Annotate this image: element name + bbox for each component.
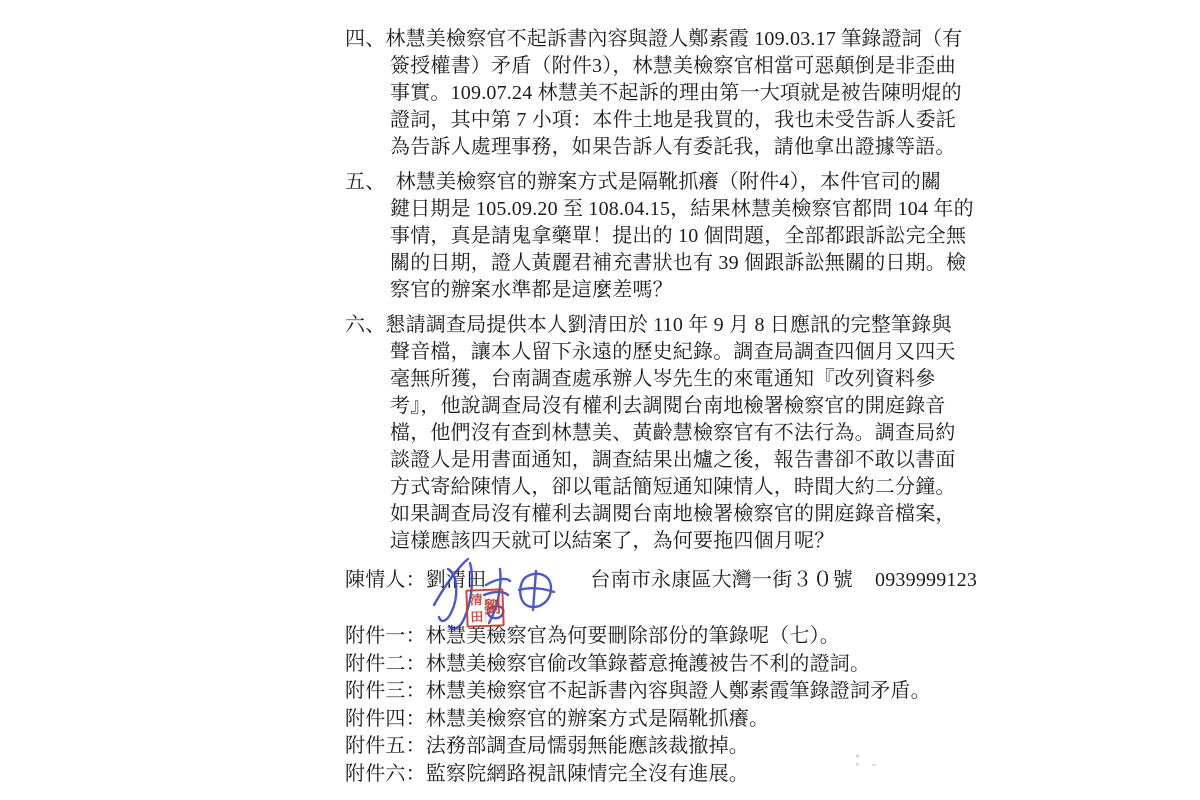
section-paragraph-four: 四、林慧美檢察官不起訴書內容與證人鄭素霞 109.03.17 筆錄證詞（有 簽授… — [345, 26, 893, 161]
text-line: 察官的辦案水準都是這麼差嗎？ — [390, 277, 893, 304]
petitioner-phone: 0939999123 — [875, 569, 977, 591]
text-line: 五、 林慧美檢察官的辦案方式是隔靴抓癢（附件4），本件官司的關 — [345, 169, 893, 196]
text-line: 聲音檔，讓本人留下永遠的歷史紀錄。調查局調查四個月又四天 — [390, 339, 893, 366]
text-line: 四、林慧美檢察官不起訴書內容與證人鄭素霞 109.03.17 筆錄證詞（有 — [345, 26, 893, 53]
attachment-item: 附件六：監察院網路視訊陳情完全沒有進展。 — [345, 761, 893, 789]
document-body: 四、林慧美檢察官不起訴書內容與證人鄭素霞 109.03.17 筆錄證詞（有 簽授… — [345, 26, 893, 788]
scan-artifact — [872, 764, 876, 766]
attachment-item: 附件一：林慧美檢察官為何要刪除部份的筆錄呢（七）。 — [345, 623, 893, 651]
section-paragraph-five: 五、 林慧美檢察官的辦案方式是隔靴抓癢（附件4），本件官司的關 鍵日期是 105… — [345, 169, 893, 304]
name-seal-stamp: 劉 清田 — [465, 588, 504, 627]
attachments-list: 附件一：林慧美檢察官為何要刪除部份的筆錄呢（七）。 附件二：林慧美檢察官偷改筆錄… — [345, 623, 893, 788]
scan-artifact — [856, 763, 859, 766]
text-line: 事實。109.07.24 林慧美不起訴的理由第一大項就是被告陳明焜的 — [390, 80, 893, 107]
scan-artifact — [856, 754, 859, 758]
seal-chars-left: 清田 — [468, 591, 484, 626]
petitioner-line: 陳情人：劉清田台南市永康區大灣一街３０號0939999123 — [345, 567, 893, 597]
text-line: 檔，他們沒有查到林慧美、黃齡慧檢察官有不法行為。調查局約 — [390, 420, 893, 447]
section-paragraph-six: 六、懇請調查局提供本人劉清田於 110 年 9 月 8 日應訊的完整筆錄與 聲音… — [345, 312, 893, 555]
attachment-item: 附件五：法務部調查局懦弱無能應該裁撤掉。 — [345, 733, 893, 761]
seal-char-top: 清 — [469, 592, 483, 607]
text-line: 為告訴人處理事務，如果告訴人有委託我，請他拿出證據等語。 — [390, 134, 893, 161]
text-line: 六、懇請調查局提供本人劉清田於 110 年 9 月 8 日應訊的完整筆錄與 — [345, 312, 893, 339]
attachment-item: 附件四：林慧美檢察官的辦案方式是隔靴抓癢。 — [345, 706, 893, 734]
text-line: 簽授權書）矛盾（附件3），林慧美檢察官相當可惡顛倒是非歪曲 — [390, 53, 893, 80]
text-line: 關的日期，證人黃麗君補充書狀也有 39 個跟訴訟無關的日期。檢 — [390, 250, 893, 277]
seal-char-bottom: 田 — [470, 609, 484, 624]
text-line: 事情，真是請鬼拿藥單！提出的 10 個問題，全部都跟訴訟完全無 — [390, 223, 893, 250]
text-line: 方式寄給陳情人，卻以電話簡短通知陳情人，時間大約二分鐘。 — [390, 474, 893, 501]
text-line: 如果調查局沒有權利去調閱台南地檢署檢察官的開庭錄音檔案， — [390, 501, 893, 528]
text-line: 考』，他說調查局沒有權利去調閱台南地檢署檢察官的開庭錄音 — [390, 393, 893, 420]
scanned-petition-page: 四、林慧美檢察官不起訴書內容與證人鄭素霞 109.03.17 筆錄證詞（有 簽授… — [0, 0, 1200, 800]
text-line: 談證人是用書面通知，調查結果出爐之後，報告書卻不敢以書面 — [390, 447, 893, 474]
text-line: 毫無所獲，台南調查處承辦人岑先生的來電通知『改列資料參 — [390, 366, 893, 393]
text-line: 這樣應該四天就可以結案了，為何要拖四個月呢？ — [390, 528, 893, 555]
text-line: 證詞，其中第 7 小項：本件土地是我買的，我也未受告訴人委託 — [390, 107, 893, 134]
text-line: 鍵日期是 105.09.20 至 108.04.15，結果林慧美檢察官都問 10… — [390, 196, 893, 223]
attachment-item: 附件三：林慧美檢察官不起訴書內容與證人鄭素霞筆錄證詞矛盾。 — [345, 678, 893, 706]
attachment-item: 附件二：林慧美檢察官偷改筆錄蓄意掩護被告不利的證詞。 — [345, 651, 893, 679]
petitioner-address: 台南市永康區大灣一街３０號 — [590, 569, 853, 591]
petitioner-name: 陳情人：劉清田 — [345, 569, 486, 591]
